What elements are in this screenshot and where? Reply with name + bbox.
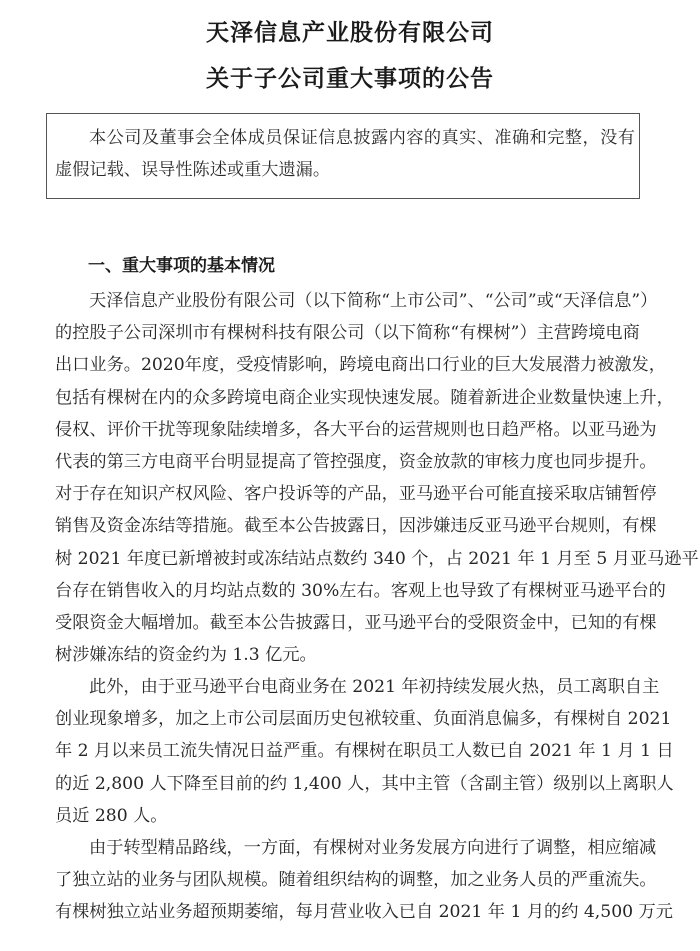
text-line: 天泽信息产业股份有限公司（以下简称“上市公司”、“公司”或“天泽信息”）	[55, 285, 635, 317]
disclaimer-text: 本公司及董事会全体成员保证信息披露内容的真实、准确和完整，没有虚假记载、误导性陈…	[55, 122, 635, 186]
text-line: 的控股子公司深圳市有棵树科技有限公司（以下简称“有棵树”）主营跨境电商	[55, 317, 635, 349]
text-line: 了独立站的业务与团队规模。随着组织结构的调整，加之业务人员的严重流失。	[55, 864, 635, 896]
section-heading: 一、重大事项的基本情况	[88, 251, 275, 276]
disclaimer-box: 本公司及董事会全体成员保证信息披露内容的真实、准确和完整，没有虚假记载、误导性陈…	[46, 113, 640, 199]
announcement-title: 关于子公司重大事项的公告	[0, 60, 700, 93]
text-line: 侵权、评价干扰等现象陆续增多，各大平台的运营规则也日趋严格。以亚马逊为	[55, 414, 635, 446]
text-line: 台存在销售收入的月均站点数的 30%左右。客观上也导致了有棵树亚马逊平台的	[55, 575, 635, 607]
text-line: 受限资金大幅增加。截至本公告披露日，亚马逊平台的受限资金中，已知的有棵	[55, 607, 635, 639]
text-line: 由于转型精品路线，一方面，有棵树对业务发展方向进行了调整，相应缩减	[55, 832, 635, 864]
text-line: 树 2021 年度已新增被封或冻结站点数约 340 个，占 2021 年 1 月…	[55, 543, 635, 575]
text-line: 树涉嫌冻结的资金约为 1.3 亿元。	[55, 639, 635, 671]
text-line: 销售及资金冻结等措施。截至本公告披露日，因涉嫌违反亚马逊平台规则，有棵	[55, 510, 635, 542]
text-line: 创业现象增多，加之上市公司层面历史包袱较重、负面消息偏多，有棵树自 2021	[55, 703, 635, 735]
text-line: 此外，由于亚马逊平台电商业务在 2021 年初持续发展火热，员工离职自主	[55, 671, 635, 703]
text-line: 年 2 月以来员工流失情况日益严重。有棵树在职员工人数已自 2021 年 1 月…	[55, 735, 635, 767]
text-line: 有棵树独立站业务超预期萎缩，每月营业收入已自 2021 年 1 月的约 4,50…	[55, 896, 635, 928]
paragraph-2: 此外，由于亚马逊平台电商业务在 2021 年初持续发展火热，员工离职自主 创业现…	[55, 671, 635, 832]
text-line: 员近 280 人。	[55, 800, 635, 832]
paragraph-3: 由于转型精品路线，一方面，有棵树对业务发展方向进行了调整，相应缩减 了独立站的业…	[55, 832, 635, 929]
text-line: 出口业务。2020年度，受疫情影响，跨境电商出口行业的巨大发展潜力被激发，	[55, 349, 635, 381]
text-line: 对于存在知识产权风险、客户投诉等的产品，亚马逊平台可能直接采取店铺暂停	[55, 478, 635, 510]
company-name-title: 天泽信息产业股份有限公司	[0, 14, 700, 47]
paragraph-1: 天泽信息产业股份有限公司（以下简称“上市公司”、“公司”或“天泽信息”） 的控股…	[55, 285, 635, 671]
text-line: 代表的第三方电商平台明显提高了管控强度，资金放款的审核力度也同步提升。	[55, 446, 635, 478]
text-line: 的近 2,800 人下降至目前的约 1,400 人，其中主管（含副主管）级别以上…	[55, 768, 635, 800]
text-line: 包括有棵树在内的众多跨境电商企业实现快速发展。随着新进企业数量快速上升，	[55, 382, 635, 414]
